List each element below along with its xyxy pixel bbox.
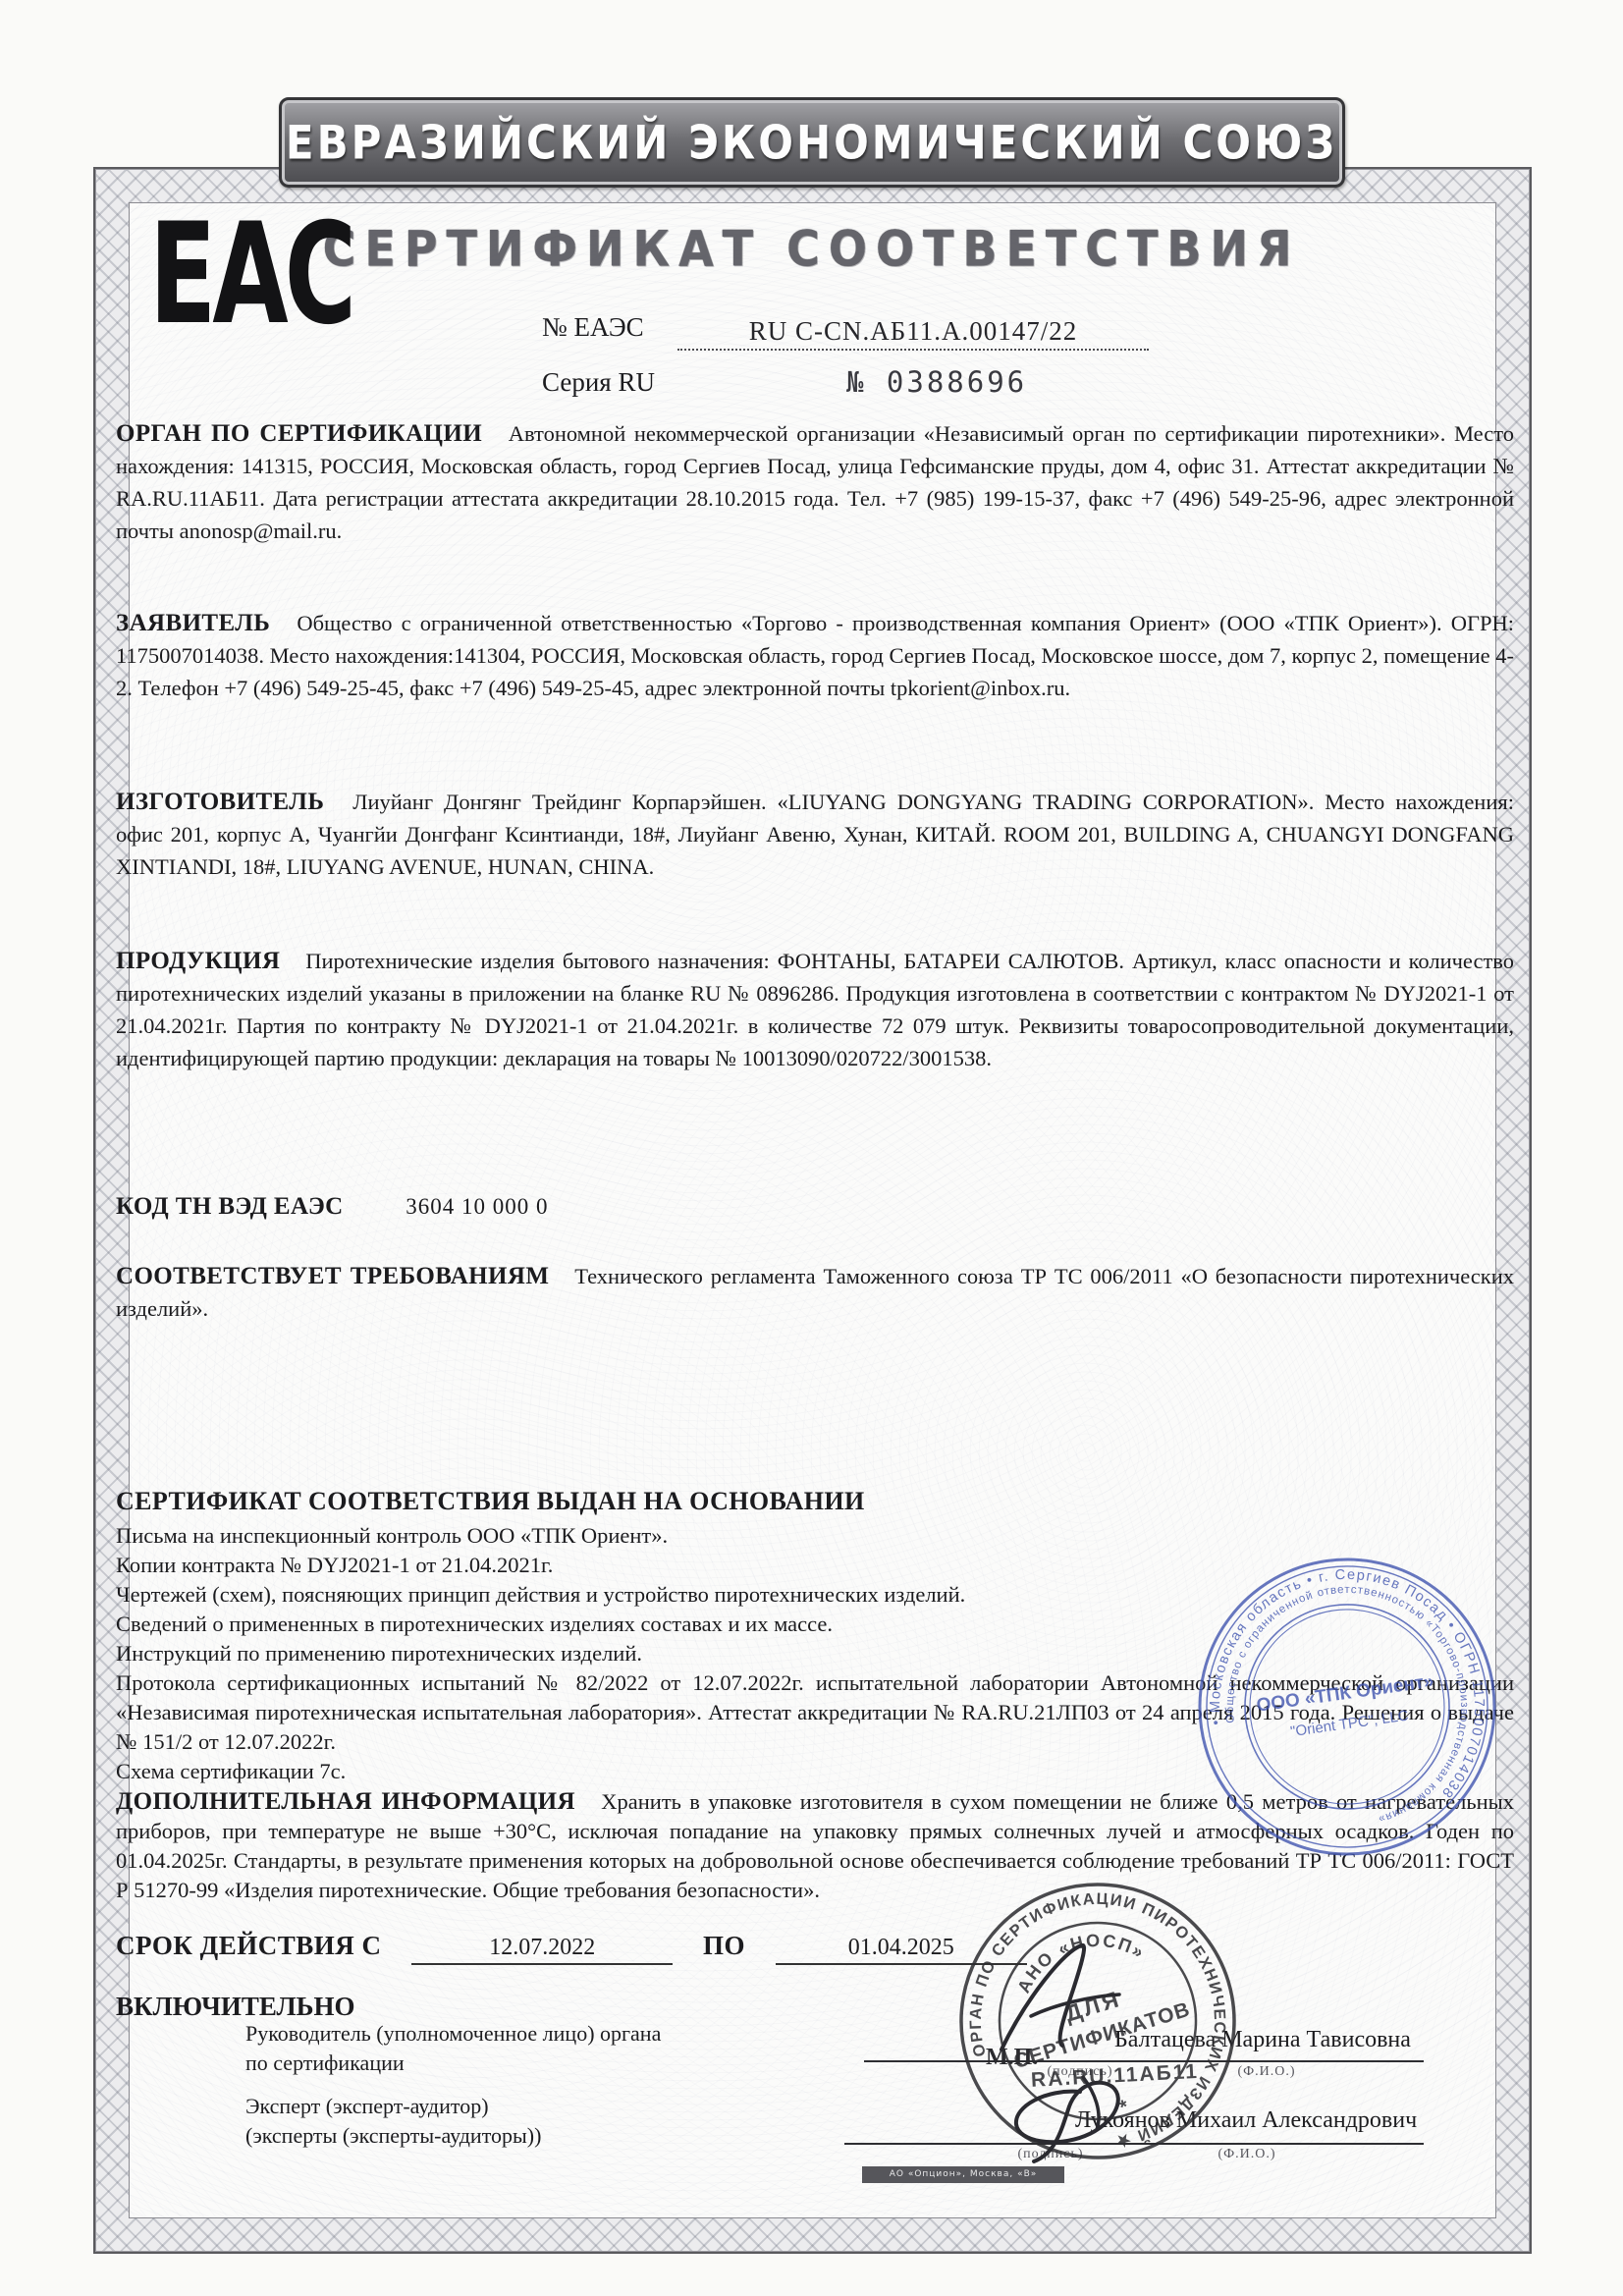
basis-label: СЕРТИФИКАТ СООТВЕТСТВИЯ ВЫДАН НА ОСНОВАН… (116, 1485, 1514, 1517)
series-label: Серия RU (542, 367, 655, 398)
head-role-label: Руководитель (уполномоченное лицо) орган… (245, 2019, 687, 2078)
applicant-label: ЗАЯВИТЕЛЬ (116, 610, 288, 636)
company-stamp: • Московская область • г. Сергиев Посад … (1169, 1529, 1524, 1884)
blank-printer-fine-print: АО «Опцион», Москва, «В» (862, 2166, 1064, 2183)
certificate-page: ЕВРАЗИЙСКИЙ ЭКОНОМИЧЕСКИЙ СОЮЗ ЕАС СЕРТИ… (0, 0, 1623, 2296)
eac-mark-icon: ЕАС (149, 192, 352, 307)
expert-role-label: Эксперт (эксперт-аудитор) (эксперты (экс… (245, 2092, 687, 2151)
complies-label: СООТВЕТСТВУЕТ ТРЕБОВАНИЯМ (116, 1263, 567, 1289)
expert-name-caption: (Ф.И.О.) (1217, 2147, 1275, 2161)
certification-body-label: ОРГАН ПО СЕРТИФИКАЦИИ (116, 420, 500, 447)
basis-item: Письма на инспекционный контроль ООО «ТП… (116, 1521, 1514, 1551)
product-label: ПРОДУКЦИЯ (116, 948, 298, 974)
section-tnved-code: КОД ТН ВЭД ЕАЭС 3604 10 000 0 (116, 1190, 1514, 1223)
union-banner-text: ЕВРАЗИЙСКИЙ ЭКОНОМИЧЕСКИЙ СОЮЗ (286, 116, 1337, 170)
org-stamp-star: * (1117, 2096, 1131, 2118)
cert-number-value: RU С-CN.АБ11.А.00147/22 (677, 316, 1149, 351)
section-complies: СООТВЕТСТВУЕТ ТРЕБОВАНИЯМ Технического р… (116, 1260, 1514, 1325)
tnved-label: КОД ТН ВЭД ЕАЭС (116, 1193, 361, 1220)
org-stamp-accreditation-no: RA.RU.11АБ11 (1030, 2060, 1199, 2092)
section-product: ПРОДУКЦИЯ Пиротехнические изделия бытово… (116, 945, 1514, 1074)
validity-from: 12.07.2022 (411, 1935, 673, 1965)
cert-number-label: № ЕАЭС (542, 312, 644, 343)
section-applicant: ЗАЯВИТЕЛЬ Общество с ограниченной ответс… (116, 607, 1514, 704)
manufacturer-label: ИЗГОТОВИТЕЛЬ (116, 789, 342, 815)
additional-info-label: ДОПОЛНИТЕЛЬНАЯ ИНФОРМАЦИЯ (116, 1788, 593, 1815)
validity-to-label: ПО (703, 1931, 745, 1960)
company-stamp-name-ru: ООО «ТПК Ориент» (1255, 1671, 1434, 1717)
org-stamp-ring-text: ОРГАН ПО СЕРТИФИКАЦИИ ПИРОТЕХНИЧЕСКИХ ИЗ… (935, 1858, 1262, 2185)
applicant-text: Общество с ограниченной ответственностью… (116, 611, 1514, 700)
validity-inclusive: ВКЛЮЧИТЕЛЬНО (116, 1992, 355, 2022)
validity-label: СРОК ДЕЙСТВИЯ С (116, 1931, 382, 1960)
validity-row: СРОК ДЕЙСТВИЯ С 12.07.2022 ПО 01.04.2025 (116, 1931, 1514, 1965)
company-stamp-name-en: "Orient TPC", LLC (1289, 1707, 1410, 1740)
tnved-code: 3604 10 000 0 (366, 1194, 548, 1219)
product-text: Пиротехнические изделия бытового назначе… (116, 949, 1514, 1070)
section-certification-body: ОРГАН ПО СЕРТИФИКАЦИИ Автономной некомме… (116, 417, 1514, 547)
svg-text:ОРГАН ПО СЕРТИФИКАЦИИ ПИРОТЕХН: ОРГАН ПО СЕРТИФИКАЦИИ ПИРОТЕХНИЧЕСКИХ ИЗ… (935, 1858, 1262, 2185)
section-manufacturer: ИЗГОТОВИТЕЛЬ Лиуйанг Донгянг Трейдинг Ко… (116, 786, 1514, 883)
series-number: № 0388696 (846, 365, 1027, 399)
union-banner: ЕВРАЗИЙСКИЙ ЭКОНОМИЧЕСКИЙ СОЮЗ (279, 97, 1345, 188)
